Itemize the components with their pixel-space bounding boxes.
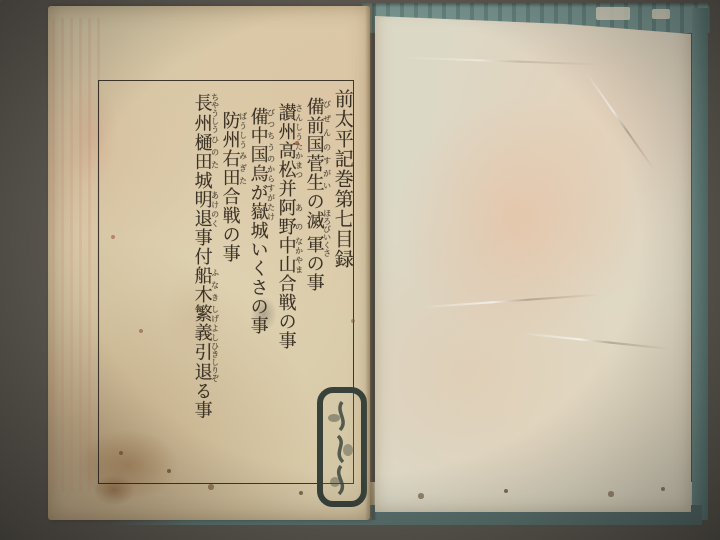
toc-column-entry-3: 備中国びつちうの烏が嶽からすがたけ城いくさの事 [247, 107, 275, 335]
toc-column-entry-2: 讃州さんしう高松たかまつ并阿野あの中山なかやま合戦の事 [275, 103, 303, 350]
toc-column-volume-title: 前太平記巻第七目録 [331, 89, 354, 269]
table-of-contents: 前太平記巻第七目録備前国びぜんの菅生すがいの滅軍ほろびいくさの事讃州さんしう高松… [99, 81, 353, 483]
foxing-specks [0, 0, 2, 2]
toc-column-entry-4: 防州ばうしう右田みぎた合戦の事 [219, 111, 247, 263]
torn-paper-remnant [596, 7, 630, 20]
torn-paper-remnant [652, 9, 670, 19]
toc-column-entry-5: 長州ちやうしう樋田ひのた城明退あけのく事付船木ふなき繁義しげよし引退ひきしりぞる… [191, 93, 219, 420]
toc-column-entry-1: 備前国びぜんの菅生すがいの滅軍ほろびいくさの事 [303, 97, 331, 292]
book-photograph: 前太平記巻第七目録備前国びぜんの菅生すがいの滅軍ほろびいくさの事讃州さんしう高松… [0, 0, 720, 540]
collector-seal-stamp [316, 386, 368, 508]
right-page-blank [375, 8, 691, 512]
seal-graphic [316, 386, 368, 508]
show-through-streaks [52, 18, 100, 492]
book-cover-right-edge [692, 8, 708, 520]
